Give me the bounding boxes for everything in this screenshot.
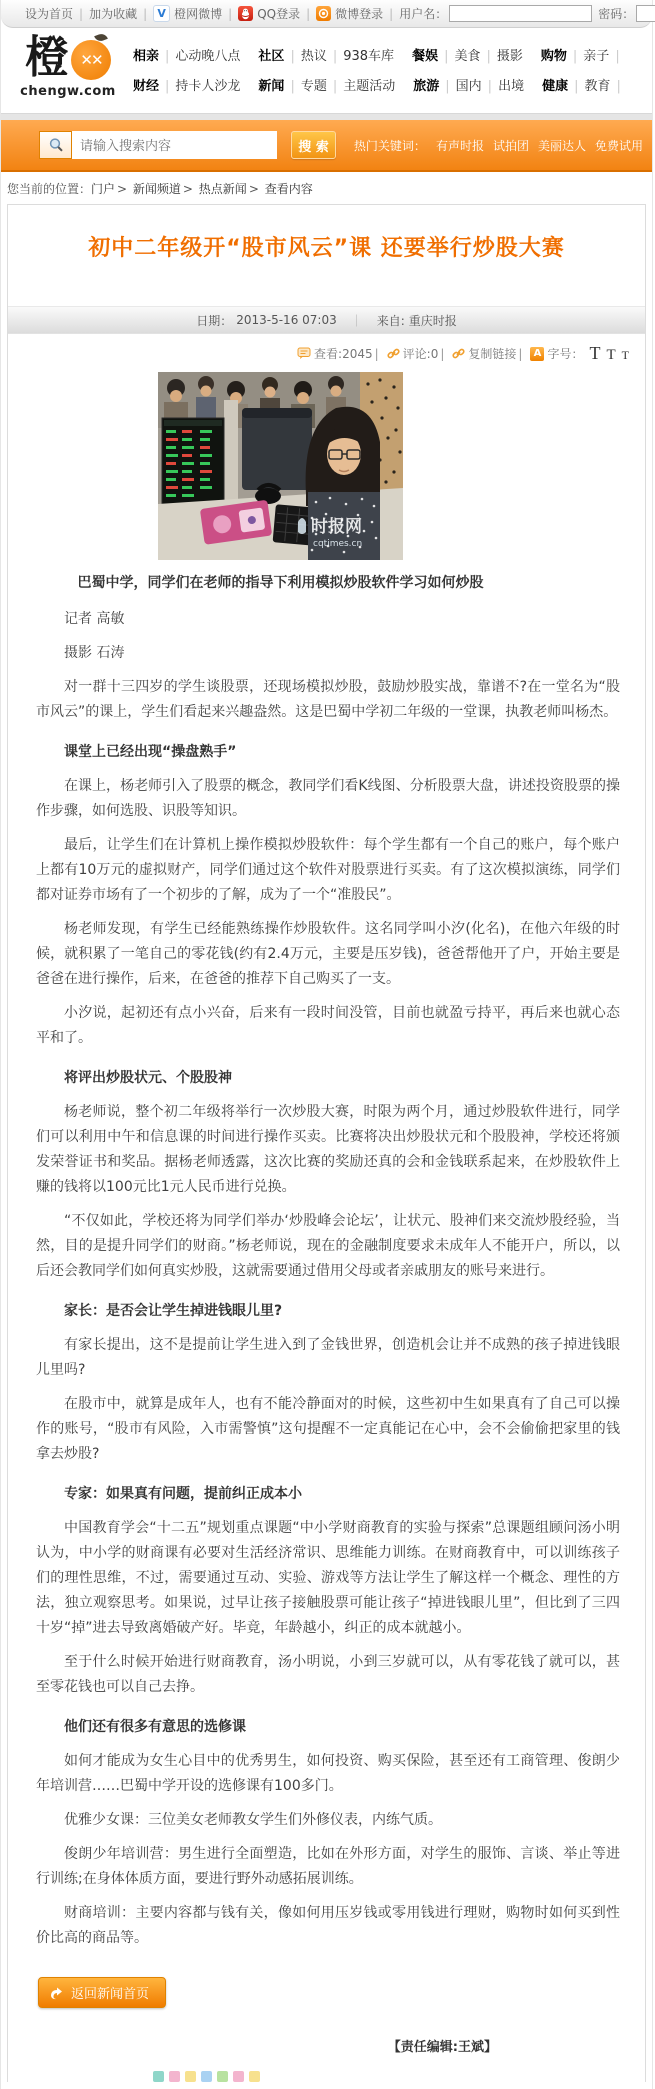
font-size-ts: TTT bbox=[589, 343, 629, 364]
nav-item-专题[interactable]: 专题 bbox=[301, 79, 327, 94]
comment-bubble-icon bbox=[297, 347, 311, 360]
qq-icon bbox=[238, 6, 253, 21]
section-heading: 课堂上已经出现“操盘熟手” bbox=[36, 740, 620, 765]
page: 设为首页 | 加为收藏 | V 橙网微博 | QQ登录 | 微博登录 | 用户名… bbox=[0, 0, 653, 2089]
breadcrumb-item[interactable]: 新闻频道 bbox=[133, 182, 181, 196]
article-title: 初中二年级开“股市风云”课 还要举行炒股大赛 bbox=[18, 231, 635, 262]
photo-caption: 巴蜀中学，同学们在老师的指导下利用模拟炒股软件学习如何炒股 bbox=[8, 572, 553, 592]
back-to-news-button[interactable]: 返回新闻首页 bbox=[38, 1977, 166, 2008]
nav-row: 相亲|心动晚八点社区|热议|938车库餐娱|美食|摄影购物|亲子| bbox=[131, 42, 652, 72]
article-paragraph: 在股市中，就算是成年人，也有不能冷静面对的时候，这些初中生如果真有了自己可以操作… bbox=[36, 1392, 620, 1467]
copy-link-button[interactable]: 复制链接 bbox=[468, 345, 516, 362]
separator: | bbox=[444, 49, 448, 64]
logo-circle-icon: ✕✕ bbox=[71, 40, 111, 80]
nav-item-相亲[interactable]: 相亲 bbox=[133, 49, 159, 64]
nav-item-餐娱[interactable]: 餐娱 bbox=[412, 49, 438, 64]
article-body: 记者 高敏摄影 石涛对一群十三四岁的学生谈股票，还现场模拟炒股，鼓励炒股实战，靠… bbox=[8, 592, 645, 1951]
breadcrumb-prefix: 您当前的位置： bbox=[7, 180, 91, 197]
article-paragraph: 杨老师说，整个初二年级将举行一次炒股大赛，时限为两个月，通过炒股软件进行，同学们… bbox=[36, 1100, 620, 1200]
separator: | bbox=[518, 347, 522, 361]
font-size-label: 字号： bbox=[547, 345, 583, 362]
nav-item-亲子[interactable]: 亲子 bbox=[583, 49, 609, 64]
section-heading: 他们还有很多有意思的选修课 bbox=[36, 1715, 620, 1740]
search-icon bbox=[39, 131, 72, 159]
article-toolbar: 查看: 2045 | 评论: 0 | 复制链接 | A 字号： TTT bbox=[8, 334, 645, 368]
separator: | bbox=[440, 347, 444, 361]
separator: | bbox=[573, 49, 577, 64]
source-value: 重庆时报 bbox=[409, 312, 457, 329]
article-paragraph: 如何才能成为女生心目中的优秀男生，如何投资、购买保险，甚至还有工商管理、俊朗少年… bbox=[36, 1749, 620, 1799]
section-heading: 家长：是否会让学生掉进钱眼儿里? bbox=[36, 1299, 620, 1324]
date-bar: 日期：2013-5-16 07:03 ｜ 来自: 重庆时报 bbox=[8, 306, 645, 334]
breadcrumb-item[interactable]: 热点新闻 bbox=[199, 182, 247, 196]
hot-keyword[interactable]: 试拍团 bbox=[493, 139, 529, 153]
separator: | bbox=[486, 49, 490, 64]
date-divider: ｜ bbox=[351, 312, 363, 329]
separator: | bbox=[79, 7, 83, 21]
weibo-v-icon: V bbox=[153, 5, 170, 22]
breadcrumb: 您当前的位置： 门户> 新闻频道> 热点新闻> 查看内容 bbox=[1, 172, 652, 204]
link-icon bbox=[387, 347, 400, 360]
article-paragraph: 财商培训：主要内容都与钱有关，像如何用压岁钱或零用钱进行理财，购物时如何买到性价… bbox=[36, 1901, 620, 1951]
svg-text:cqtimes.cn: cqtimes.cn bbox=[313, 539, 362, 549]
site-logo[interactable]: 橙 ✕✕ chengw.com bbox=[13, 36, 123, 99]
username-input[interactable] bbox=[449, 5, 592, 22]
separator: | bbox=[375, 347, 379, 361]
article-paragraph: 俊朗少年培训营：男生进行全面塑造，比如在外形方面，对学生的服饰、言谈、举止等进行… bbox=[36, 1842, 620, 1892]
photo-wrap: 时报网 cqtimes.cn 巴蜀中学，同学们在老师的指导下利用模拟炒股软件学习… bbox=[8, 372, 553, 592]
nav-item-财经[interactable]: 财经 bbox=[133, 79, 159, 94]
separator: | bbox=[389, 7, 393, 21]
back-arrow-icon bbox=[48, 1985, 64, 2001]
password-label: 密码： bbox=[598, 5, 634, 22]
nav-item-心动晚八点[interactable]: 心动晚八点 bbox=[175, 49, 240, 64]
footer-dot bbox=[249, 2071, 260, 2082]
views-count: 2045 bbox=[342, 347, 373, 361]
footer-dot bbox=[233, 2071, 244, 2082]
back-button-label: 返回新闻首页 bbox=[71, 1983, 149, 2002]
nav-item-国内[interactable]: 国内 bbox=[456, 79, 482, 94]
nav-item-热议[interactable]: 热议 bbox=[301, 49, 327, 64]
leaf-icon bbox=[94, 32, 108, 43]
article-paragraph: 摄影 石涛 bbox=[36, 641, 620, 666]
hot-keyword[interactable]: 免费试用 bbox=[595, 139, 643, 153]
search-button[interactable]: 搜 索 bbox=[291, 131, 336, 159]
separator: | bbox=[165, 49, 169, 64]
article-paragraph: 优雅少女课：三位美女老师教女学生们外修仪表，内练气质。 bbox=[36, 1808, 620, 1833]
font-size-T-1[interactable]: T bbox=[589, 343, 600, 364]
nav-item-旅游[interactable]: 旅游 bbox=[413, 79, 439, 94]
separator: | bbox=[615, 49, 619, 64]
article-paragraph: 小汐说，起初还有点小兴奋，后来有一段时间没管，目前也就盈亏持平，再后来也就心态平… bbox=[36, 1001, 620, 1051]
username-label: 用户名： bbox=[399, 5, 447, 22]
separator: | bbox=[617, 79, 621, 94]
separator: > bbox=[117, 182, 131, 196]
nav-item-出境[interactable]: 出境 bbox=[498, 79, 524, 94]
separator: | bbox=[445, 79, 449, 94]
separator: | bbox=[143, 7, 147, 21]
breadcrumb-items: 门户> 新闻频道> 热点新闻> 查看内容 bbox=[91, 180, 313, 197]
main-nav: 相亲|心动晚八点社区|热议|938车库餐娱|美食|摄影购物|亲子|财经|持卡人沙… bbox=[131, 42, 652, 102]
nav-item-健康[interactable]: 健康 bbox=[542, 79, 568, 94]
separator: > bbox=[183, 182, 197, 196]
password-input[interactable] bbox=[636, 5, 655, 22]
weibo-eye-icon bbox=[316, 6, 331, 21]
top-bar: 设为首页 | 加为收藏 | V 橙网微博 | QQ登录 | 微博登录 | 用户名… bbox=[1, 0, 652, 28]
views-link[interactable]: 查看: bbox=[314, 345, 342, 362]
separator: | bbox=[488, 79, 492, 94]
breadcrumb-item: 查看内容 bbox=[265, 182, 313, 196]
site-header: 橙 ✕✕ chengw.com 相亲|心动晚八点社区|热议|938车库餐娱|美食… bbox=[1, 28, 652, 113]
weibo-login-link[interactable]: 微博登录 bbox=[335, 5, 383, 22]
nav-item-主题活动[interactable]: 主题活动 bbox=[343, 79, 395, 94]
article-paragraph: 有家长提出，这不是提前让学生进入到了金钱世界，创造机会让并不成熟的孩子掉进钱眼儿… bbox=[36, 1333, 620, 1383]
article-paragraph: 对一群十三四岁的学生谈股票，还现场模拟炒股，鼓励炒股实战，靠谱不?在一堂名为“股… bbox=[36, 675, 620, 725]
font-size-T-2[interactable]: T bbox=[606, 347, 615, 364]
comments-link[interactable]: 评论: bbox=[403, 345, 431, 362]
article: 初中二年级开“股市风云”课 还要举行炒股大赛 日期：2013-5-16 07:0… bbox=[7, 204, 646, 2082]
svg-text:时报网: 时报网 bbox=[311, 516, 362, 537]
nav-item-购物[interactable]: 购物 bbox=[541, 49, 567, 64]
separator: | bbox=[290, 49, 294, 64]
nav-item-持卡人沙龙[interactable]: 持卡人沙龙 bbox=[175, 79, 240, 94]
nav-item-摄影[interactable]: 摄影 bbox=[497, 49, 523, 64]
footer-dot bbox=[169, 2071, 180, 2082]
hot-keywords: 有声时报试拍团美丽达人免费试用 bbox=[436, 139, 652, 153]
editor-credit: 【责任编辑:王斌】 bbox=[8, 2036, 645, 2055]
nav-item-新闻[interactable]: 新闻 bbox=[258, 79, 284, 94]
font-size-icon: A bbox=[530, 347, 544, 361]
section-heading: 将评出炒股状元、个股股神 bbox=[36, 1066, 620, 1091]
hot-keywords-label: 热门关键词： bbox=[354, 139, 426, 153]
footer-dot bbox=[201, 2071, 212, 2082]
article-paragraph: 至于什么时候开始进行财商教育，汤小明说，小到三岁就可以，从有零花钱了就可以，甚至… bbox=[36, 1650, 620, 1700]
search-bar: 搜 索 热门关键词：有声时报试拍团美丽达人免费试用 bbox=[1, 120, 652, 172]
font-size-T-3[interactable]: T bbox=[622, 348, 629, 363]
separator: | bbox=[306, 7, 310, 21]
date-label: 日期： bbox=[196, 312, 232, 329]
article-paragraph: “不仅如此，学校还将为同学们举办‘炒股峰会论坛’，让状元、股神们来交流炒股经验，… bbox=[36, 1209, 620, 1284]
nav-item-美食[interactable]: 美食 bbox=[454, 49, 480, 64]
search-box bbox=[39, 131, 277, 159]
add-favorite-link[interactable]: 加为收藏 bbox=[89, 5, 137, 22]
logo-domain: chengw.com bbox=[20, 84, 116, 99]
nav-item-教育[interactable]: 教育 bbox=[584, 79, 610, 94]
cheng-weibo-link[interactable]: 橙网微博 bbox=[174, 5, 222, 22]
article-photo: 时报网 cqtimes.cn bbox=[158, 372, 403, 560]
breadcrumb-item[interactable]: 门户 bbox=[91, 182, 115, 196]
set-home-link[interactable]: 设为首页 bbox=[25, 5, 73, 22]
article-paragraph: 最后，让学生们在计算机上操作模拟炒股软件：每个学生都有一个自己的账户，每个账户上… bbox=[36, 833, 620, 908]
logo-char: 橙 bbox=[25, 36, 69, 80]
nav-item-社区[interactable]: 社区 bbox=[258, 49, 284, 64]
source-label: 来自: bbox=[377, 312, 405, 329]
search-input[interactable] bbox=[72, 131, 277, 159]
hot-keyword[interactable]: 有声时报 bbox=[436, 139, 484, 153]
nav-item-938车库[interactable]: 938车库 bbox=[343, 49, 394, 64]
link-icon bbox=[452, 347, 465, 360]
separator: | bbox=[165, 79, 169, 94]
article-paragraph: 中国教育学会“十二五”规划重点课题“中小学财商教育的实验与探索”总课题组顾问汤小… bbox=[36, 1516, 620, 1641]
article-paragraph: 记者 高敏 bbox=[36, 607, 620, 632]
separator: | bbox=[228, 7, 232, 21]
footer-dot bbox=[153, 2071, 164, 2082]
separator: | bbox=[333, 79, 337, 94]
separator: > bbox=[249, 182, 263, 196]
footer-dots bbox=[153, 2071, 645, 2082]
section-heading: 专家：如果真有问题，提前纠正成本小 bbox=[36, 1482, 620, 1507]
footer-dot bbox=[217, 2071, 228, 2082]
separator: | bbox=[290, 79, 294, 94]
separator: | bbox=[333, 49, 337, 64]
comments-count: 0 bbox=[431, 347, 439, 361]
nav-row: 财经|持卡人沙龙新闻|专题|主题活动旅游|国内|出境健康|教育| bbox=[131, 72, 652, 102]
article-paragraph: 在课上，杨老师引入了股票的概念，教同学们看K线图、分析股票大盘，讲述投资股票的操… bbox=[36, 774, 620, 824]
qq-login-link[interactable]: QQ登录 bbox=[257, 5, 300, 22]
date-value: 2013-5-16 07:03 bbox=[236, 313, 337, 327]
hot-keyword[interactable]: 美丽达人 bbox=[538, 139, 586, 153]
article-paragraph: 杨老师发现，有学生已经能熟练操作炒股软件。这名同学叫小汐(化名)，在他六年级的时… bbox=[36, 917, 620, 992]
footer-dot bbox=[185, 2071, 196, 2082]
separator: | bbox=[574, 79, 578, 94]
hot-keywords-row: 热门关键词：有声时报试拍团美丽达人免费试用 bbox=[354, 137, 652, 154]
header-divider bbox=[1, 113, 652, 120]
